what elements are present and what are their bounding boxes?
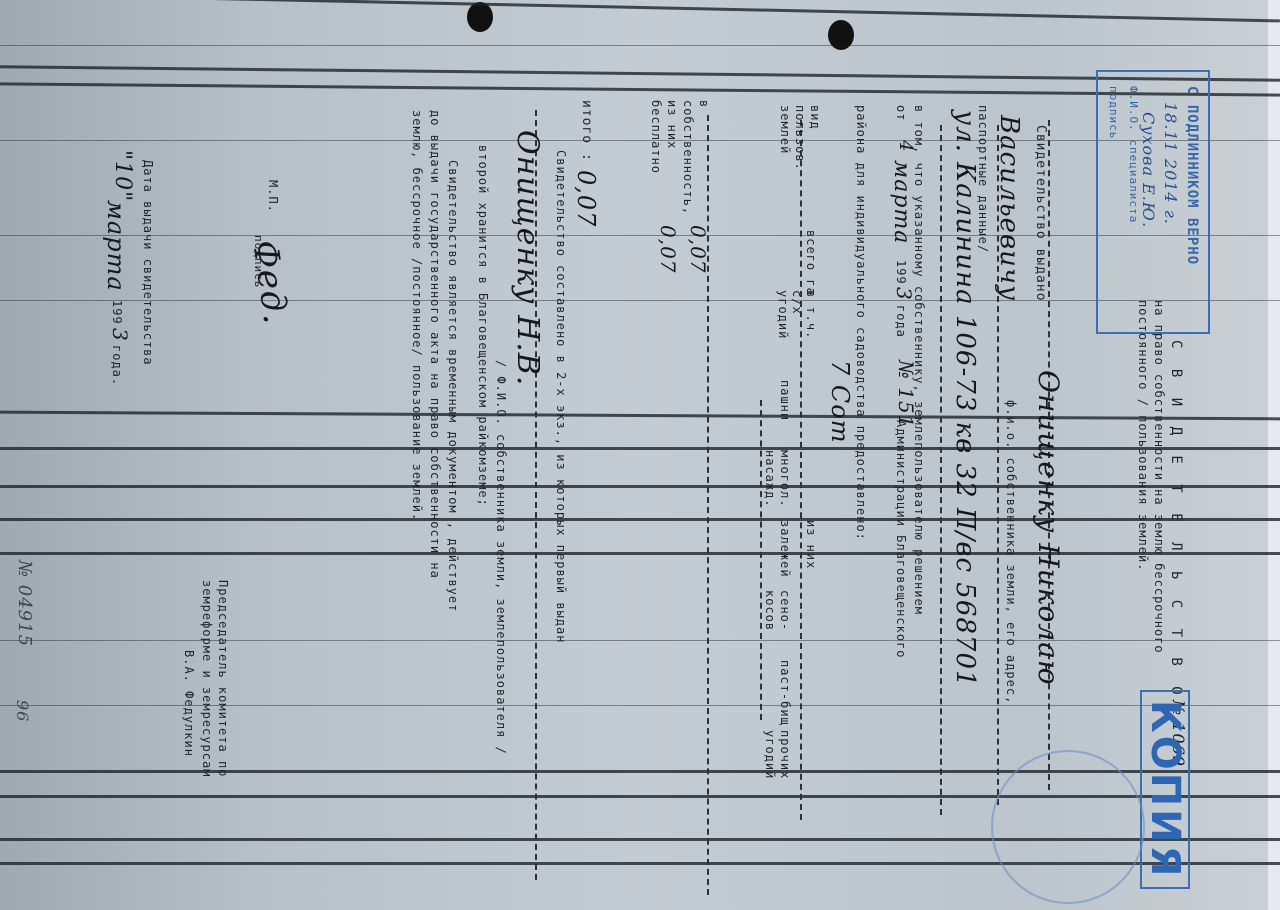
row-own-value: 0,07 [686, 225, 710, 274]
table-column-header: многол. насажд. [762, 450, 792, 516]
table-incl-label: в т.ч. с/х угодий [776, 290, 818, 360]
decision-number: № 151 [894, 360, 918, 428]
round-seal [991, 750, 1145, 904]
stamp-date: 18.11 2014 г. [1161, 102, 1180, 225]
certificate-document: С ПОДЛИННИКОМ ВЕРНО 18.11 2014 г. Сухова… [0, 0, 1280, 910]
issue-year-suffix: 3 [108, 328, 132, 342]
table-of-them-label: из них [804, 520, 818, 569]
kopiya-stamp: КОПИЯ [1140, 690, 1190, 889]
row-free-value: 0,07 [656, 225, 680, 274]
stamp-fio-handwritten: Сухова Е.Ю. [1139, 112, 1158, 228]
issue-day: "10" [110, 150, 135, 202]
plot-size: 7 Сот [826, 360, 854, 443]
validity-text-2: до выдачи государственного акта на право… [428, 110, 442, 579]
chairman-line-2: земреформе и земресурсам [200, 580, 214, 777]
owner-name: Онищенку Н.В. [510, 130, 545, 386]
purpose-text: района для индивидуального садоводства п… [854, 105, 868, 541]
decision-from: от [894, 105, 908, 121]
table-column-header: пашни [777, 380, 792, 446]
issue-day-value: 10 [110, 161, 135, 191]
table-total-label: всего га [804, 230, 818, 296]
certificate-title: С В И Д Е Т Е Л Ь С Т В О [1168, 340, 1184, 701]
table-column-headers: пашнимногол. насажд.залежейсено-косовпас… [752, 380, 792, 800]
table-column-header: прочих угодий [762, 730, 792, 796]
issue-year-label: года. [110, 345, 124, 386]
administration-text: Администрации Благовещенского [894, 420, 908, 659]
address: ул. Калинина 106-73 кв 32 П/вс 568701 [950, 110, 980, 688]
validity-text-1: Свидетельство является временным докумен… [446, 160, 460, 612]
stamp-title: С ПОДЛИННИКОМ ВЕРНО [1184, 86, 1200, 265]
stamp-fio-label: Ф.И.О. специалиста [1127, 86, 1140, 223]
issued-to-name: Онищенку Николаю [1032, 370, 1065, 686]
margin-note: № 04915 [14, 560, 35, 647]
row-free-label: из них бесплатно [649, 100, 679, 174]
total-row-label: итого : [579, 100, 594, 162]
patronymic: Васильевичу [994, 115, 1024, 301]
decision-day: 4 [895, 140, 916, 152]
certificate-subtitle-1: на право собственности на землю бессрочн… [1152, 300, 1166, 654]
table-column-header: залежей [777, 520, 792, 586]
issued-to-label: Свидетельство выдано [1033, 125, 1048, 302]
table-column-header: паст-бищ [777, 660, 792, 726]
fio-caption: ф.и.о. собственника земли, его адрес, [1004, 400, 1018, 704]
issue-month: марта [102, 200, 130, 292]
certified-copy-stamp: С ПОДЛИННИКОМ ВЕРНО 18.11 2014 г. Сухова… [1096, 70, 1210, 334]
total-row-value: 0,07 [572, 170, 600, 227]
stamp-signature-label: подпись [1107, 86, 1120, 139]
signature-caption: подпись [252, 235, 265, 288]
validity-text-3: землю, бессрочное /постоянное/ пользован… [410, 110, 424, 521]
decision-year-label: года [894, 305, 908, 338]
decision-year-prefix: 199 [894, 260, 908, 285]
table-row-label: вид пользов. землей [777, 105, 822, 165]
chairman-name: В.А. Федулкин [182, 650, 196, 757]
table-column-header: сено-косов [762, 590, 792, 656]
certificate-subtitle-2: постоянного / пользования землей. [1136, 300, 1150, 571]
issue-year-prefix: 199 [110, 300, 124, 325]
decision-month: марта [889, 160, 914, 244]
row-own-label: в собственность, [681, 100, 711, 215]
owner-caption: / Ф.И.О. собственника земли, землепользо… [494, 360, 508, 755]
issue-date-label: Дата выдачи свидетельства [141, 160, 155, 366]
decision-year-suffix: 3 [892, 287, 916, 301]
chairman-line-1: Председатель комитета по [216, 580, 230, 777]
second-copy-text: второй хранится в Благовещенском райкомз… [476, 145, 490, 507]
margin-note-2: 96 [13, 700, 32, 722]
copies-text: Свидетельство составлено в 2-х экз., из … [554, 150, 568, 643]
mp-label: М.П. [266, 180, 280, 213]
table-row-own: в собственность, из них бесплатно [648, 100, 712, 200]
